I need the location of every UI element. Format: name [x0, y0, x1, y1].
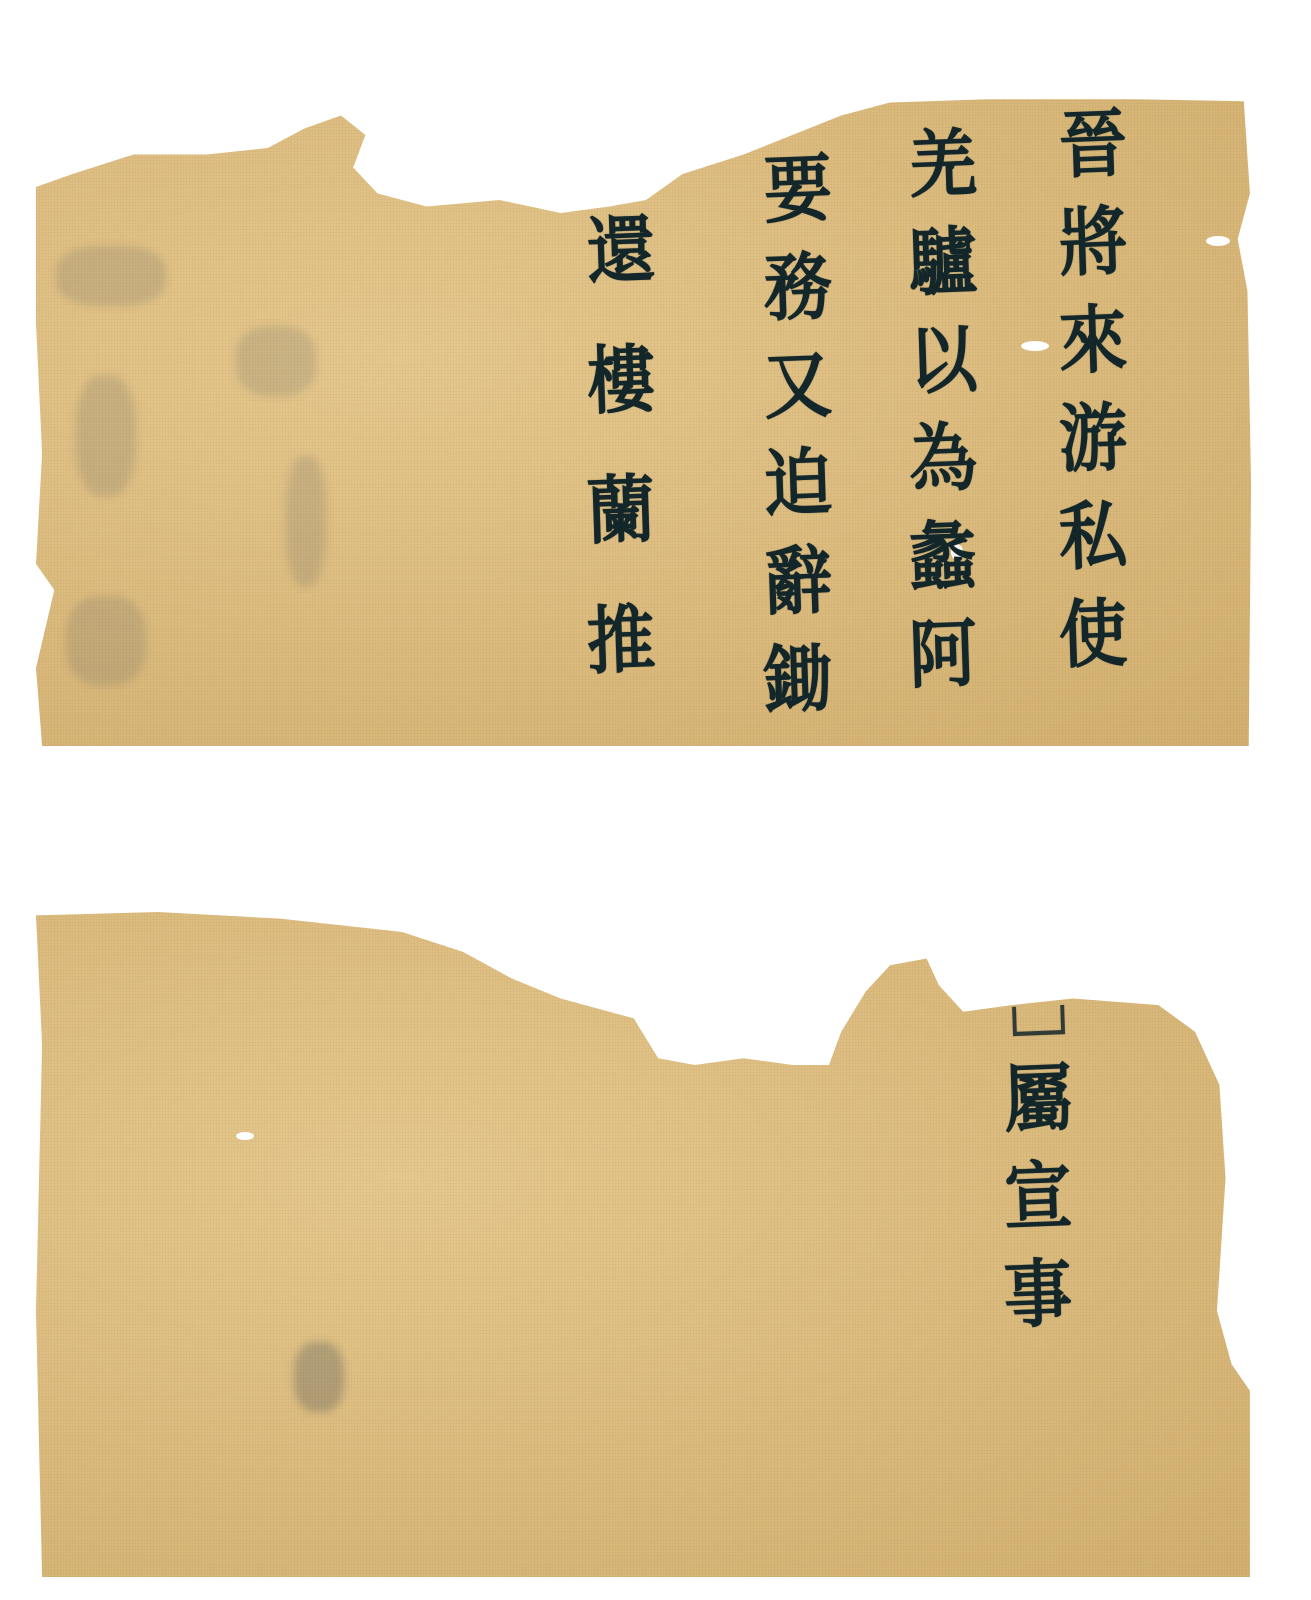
paper-hole	[1021, 341, 1049, 351]
character-partial: □	[1004, 951, 1071, 1051]
character: 蠡	[907, 507, 978, 608]
faded-ink-mark	[66, 596, 146, 686]
character: 為	[907, 409, 978, 510]
character: 迫	[762, 434, 833, 535]
paper-hole	[1206, 236, 1230, 246]
faded-ink-mark	[76, 376, 136, 496]
character: 屬	[1002, 1049, 1073, 1150]
character: 驢	[907, 213, 978, 314]
text-column-1: □ 屬 宣 事	[1001, 952, 1075, 1344]
text-column-3: 要 務 又 迫 辭 鋤	[761, 141, 835, 729]
text-column-4: 還 樓 蘭 推	[584, 186, 658, 706]
manuscript-fragment-top: 晉 將 來 游 私 使 羌 驢 以 為 蠡 阿 要 務 又 迫 辭 鋤 還 樓 …	[36, 96, 1256, 746]
character: 游	[1057, 389, 1128, 490]
faded-ink-mark	[286, 456, 326, 586]
character: 阿	[907, 605, 978, 706]
character: 以	[907, 311, 978, 412]
character: 樓	[585, 315, 657, 448]
character: 私	[1057, 487, 1128, 588]
character: 還	[585, 185, 657, 318]
character: 事	[1002, 1245, 1073, 1346]
character: 鋤	[762, 630, 833, 731]
character: 使	[1057, 585, 1128, 686]
manuscript-fragment-bottom: □ 屬 宣 事	[36, 912, 1256, 1577]
character: 辭	[762, 532, 833, 633]
faded-ink-mark	[236, 326, 316, 396]
character: 來	[1057, 291, 1128, 392]
text-column-1: 晉 將 來 游 私 使	[1056, 96, 1130, 684]
character: 推	[585, 575, 657, 708]
character: 又	[762, 336, 833, 437]
character: 務	[762, 238, 833, 339]
character: 將	[1057, 193, 1128, 294]
paper-hole	[236, 1132, 254, 1140]
character: 宣	[1002, 1147, 1073, 1248]
faded-ink-mark	[56, 246, 166, 306]
character: 蘭	[585, 445, 657, 578]
ink-smudge	[294, 1342, 344, 1412]
text-column-2: 羌 驢 以 為 蠡 阿	[906, 116, 980, 704]
character: 羌	[907, 115, 978, 216]
character: 晉	[1057, 95, 1128, 196]
character: 要	[762, 140, 833, 241]
